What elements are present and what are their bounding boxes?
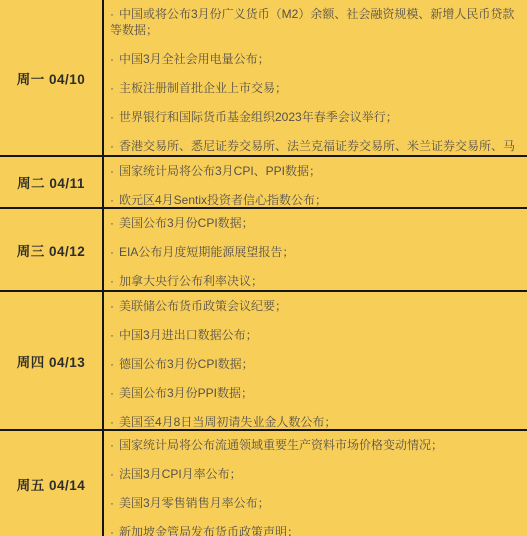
bullet-icon: ·: [110, 216, 114, 230]
event-item: ·新加坡金管局发布货币政策声明；: [110, 524, 523, 536]
event-text: 中国3月进出口数据公布；: [119, 328, 258, 342]
bullet-icon: ·: [110, 110, 114, 124]
bullet-icon: ·: [110, 81, 114, 95]
day-cell-thursday: 周四 04/13: [0, 292, 104, 429]
event-item: ·主板注册制首批企业上市交易；: [110, 80, 523, 96]
bullet-icon: ·: [110, 274, 114, 288]
event-item: ·美国公布3月份PPI数据；: [110, 385, 523, 401]
event-text: 美国至4月8日当周初请失业金人数公布；: [119, 415, 336, 429]
events-cell-friday: ·国家统计局将公布流通领域重要生产资料市场价格变动情况； ·法国3月CPI月率公…: [104, 431, 527, 536]
bullet-icon: ·: [110, 415, 114, 429]
event-text: 中国或将公布3月份广义货币（M2）余额、社会融资规模、新增人民币贷款等数据；: [110, 7, 514, 37]
bullet-icon: ·: [110, 328, 114, 342]
event-item: ·美联储公布货币政策会议纪要；: [110, 298, 523, 314]
event-item: ·美国公布3月份CPI数据；: [110, 215, 523, 231]
day-cell-tuesday: 周二 04/11: [0, 157, 104, 207]
event-item: ·美国至4月8日当周初请失业金人数公布；: [110, 414, 523, 429]
event-item: ·国家统计局将公布3月CPI、PPI数据；: [110, 163, 523, 179]
event-item: ·中国3月全社会用电量公布；: [110, 51, 523, 67]
calendar-row-thursday: 周四 04/13 ·美联储公布货币政策会议纪要； ·中国3月进出口数据公布； ·…: [0, 290, 527, 429]
events-cell-tuesday: ·国家统计局将公布3月CPI、PPI数据； ·欧元区4月Sentix投资者信心指…: [104, 157, 527, 207]
day-cell-monday: 周一 04/10: [0, 0, 104, 155]
event-text: 美国公布3月份CPI数据；: [119, 216, 254, 230]
event-text: 德国公布3月份CPI数据；: [119, 357, 254, 371]
bullet-icon: ·: [110, 386, 114, 400]
event-text: 美国公布3月份PPI数据；: [119, 386, 253, 400]
day-label: 周三 04/12: [17, 240, 86, 260]
event-text: 新加坡金管局发布货币政策声明；: [119, 525, 299, 536]
event-item: ·德国公布3月份CPI数据；: [110, 356, 523, 372]
day-cell-wednesday: 周三 04/12: [0, 209, 104, 290]
calendar-row-tuesday: 周二 04/11 ·国家统计局将公布3月CPI、PPI数据； ·欧元区4月Sen…: [0, 155, 527, 207]
events-cell-wednesday: ·美国公布3月份CPI数据； ·EIA公布月度短期能源展望报告； ·加拿大央行公…: [104, 209, 527, 290]
event-item: ·国家统计局将公布流通领域重要生产资料市场价格变动情况；: [110, 437, 523, 453]
day-label: 周一 04/10: [17, 68, 86, 88]
event-item: ·香港交易所、悉尼证券交易所、法兰克福证券交易所、米兰证券交易所、马德里证券交易…: [110, 138, 523, 155]
event-item: ·EIA公布月度短期能源展望报告；: [110, 244, 523, 260]
event-item: ·加拿大央行公布利率决议；: [110, 273, 523, 289]
event-item: ·美国3月零售销售月率公布；: [110, 495, 523, 511]
day-label: 周二 04/11: [17, 172, 85, 192]
calendar-row-wednesday: 周三 04/12 ·美国公布3月份CPI数据； ·EIA公布月度短期能源展望报告…: [0, 207, 527, 290]
bullet-icon: ·: [110, 245, 114, 259]
event-item: ·欧元区4月Sentix投资者信心指数公布；: [110, 192, 523, 207]
bullet-icon: ·: [110, 164, 114, 178]
event-text: EIA公布月度短期能源展望报告；: [119, 245, 294, 259]
day-label: 周五 04/14: [17, 474, 86, 494]
event-item: ·法国3月CPI月率公布；: [110, 466, 523, 482]
bullet-icon: ·: [110, 193, 114, 207]
bullet-icon: ·: [110, 139, 114, 153]
bullet-icon: ·: [110, 357, 114, 371]
event-text: 法国3月CPI月率公布；: [119, 467, 242, 481]
bullet-icon: ·: [110, 7, 114, 21]
bullet-icon: ·: [110, 525, 114, 536]
day-label: 周四 04/13: [17, 351, 86, 371]
event-text: 美国3月零售销售月率公布；: [119, 496, 270, 510]
event-text: 美联储公布货币政策会议纪要；: [119, 299, 287, 313]
event-text: 中国3月全社会用电量公布；: [119, 52, 270, 66]
event-text: 国家统计局将公布流通领域重要生产资料市场价格变动情况；: [119, 438, 443, 452]
calendar-row-monday: 周一 04/10 ·中国或将公布3月份广义货币（M2）余额、社会融资规模、新增人…: [0, 0, 527, 155]
event-text: 香港交易所、悉尼证券交易所、法兰克福证券交易所、米兰证券交易所、马德里证券交易所…: [110, 139, 515, 155]
event-item: ·中国3月进出口数据公布；: [110, 327, 523, 343]
bullet-icon: ·: [110, 299, 114, 313]
event-text: 国家统计局将公布3月CPI、PPI数据；: [119, 164, 321, 178]
events-cell-thursday: ·美联储公布货币政策会议纪要； ·中国3月进出口数据公布； ·德国公布3月份CP…: [104, 292, 527, 429]
event-text: 世界银行和国际货币基金组织2023年春季会议举行；: [119, 110, 398, 124]
event-text: 欧元区4月Sentix投资者信心指数公布；: [119, 193, 327, 207]
event-item: ·世界银行和国际货币基金组织2023年春季会议举行；: [110, 109, 523, 125]
event-item: ·中国或将公布3月份广义货币（M2）余额、社会融资规模、新增人民币贷款等数据；: [110, 6, 523, 38]
calendar-row-friday: 周五 04/14 ·国家统计局将公布流通领域重要生产资料市场价格变动情况； ·法…: [0, 429, 527, 536]
event-text: 加拿大央行公布利率决议；: [119, 274, 263, 288]
bullet-icon: ·: [110, 467, 114, 481]
events-cell-monday: ·中国或将公布3月份广义货币（M2）余额、社会融资规模、新增人民币贷款等数据； …: [104, 0, 527, 155]
day-cell-friday: 周五 04/14: [0, 431, 104, 536]
weekly-financial-calendar: 周一 04/10 ·中国或将公布3月份广义货币（M2）余额、社会融资规模、新增人…: [0, 0, 527, 536]
bullet-icon: ·: [110, 496, 114, 510]
bullet-icon: ·: [110, 52, 114, 66]
event-text: 主板注册制首批企业上市交易；: [119, 81, 287, 95]
bullet-icon: ·: [110, 438, 114, 452]
